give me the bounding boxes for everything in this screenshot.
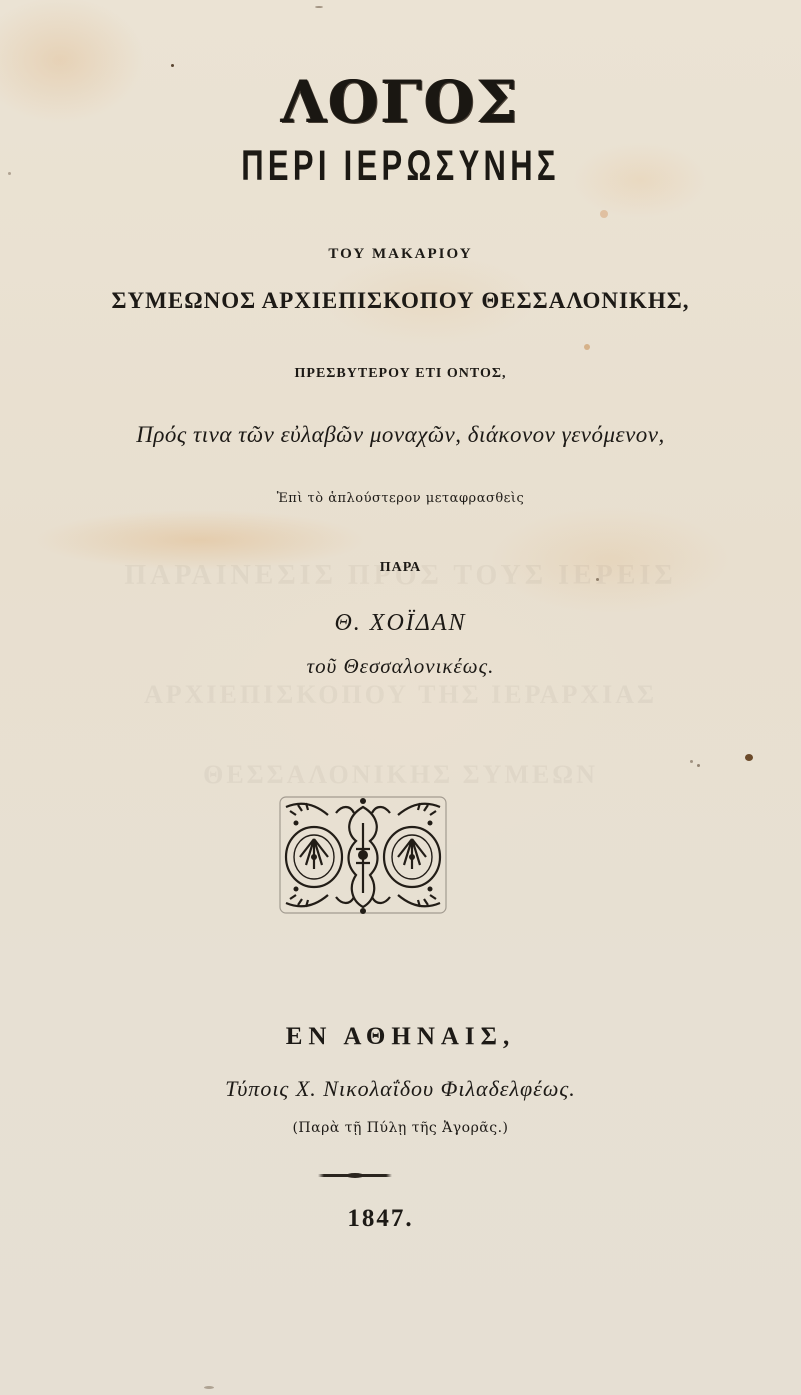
imprint-place: ΕΝ ΑΘΗΝΑΙΣ, <box>0 1023 801 1051</box>
subtitle-status: ΠΡΕΣΒΥΤΕΡΟΥ ΕΤΙ ΟΝΤΟΣ, <box>0 366 801 382</box>
show-through-text: ΘΕΣΣΑΛΟΝΙΚΗΣ ΣΥΜΕΩΝ <box>0 760 801 790</box>
translator-origin: τοῦ Θεσσαλονικέως. <box>0 654 801 679</box>
paper-speck <box>600 210 608 218</box>
paper-speck <box>8 172 11 175</box>
imprint-printer: Τύποις Χ. Νικολαΐδου Φιλαδελφέως. <box>0 1076 801 1102</box>
show-through-text: ΑΡΧΙΕΠΙΣΚΟΠΟΥ ΤΗΣ ΙΕΡΑΡΧΙΑΣ <box>0 680 801 710</box>
paper-speck <box>315 6 323 8</box>
subtitle-author-name: ΣΥΜΕΩΝΟΣ ΑΡΧΙΕΠΙΣΚΟΠΟΥ ΘΕΣΣΑΛΟΝΙΚΗΣ, <box>0 288 801 314</box>
paper-speck <box>584 344 590 350</box>
imprint-year: 1847. <box>0 1205 781 1233</box>
ornate-title: ΛΟΓΟΣ <box>0 68 801 136</box>
paper-speck <box>204 1386 214 1389</box>
decorative-rule <box>318 1174 392 1177</box>
paper-speck <box>171 64 174 67</box>
paper-speck <box>745 754 753 761</box>
main-title: ΠΕΡΙ ΙΕΡΩΣΥΝΗΣ <box>112 142 689 191</box>
paper-speck <box>596 578 599 581</box>
paper-speck <box>697 764 700 767</box>
by-label: ΠΑΡΑ <box>0 560 801 576</box>
printer-ornament-icon <box>276 793 450 917</box>
subtitle-article: ΤΟΥ ΜΑΚΑΡΙΟΥ <box>0 246 801 263</box>
imprint-printer-address: (Παρὰ τῇ Πύλῃ τῆς Ἀγορᾶς.) <box>0 1120 801 1136</box>
translation-note: Ἐπὶ τὸ ἁπλούστερον μεταφρασθεὶς <box>0 491 801 506</box>
paper-speck <box>690 760 693 763</box>
addressee-line: Πρός τινα τῶν εὐλαβῶν μοναχῶν, διάκονον … <box>0 422 801 448</box>
translator-name: Θ. ΧΟΪΔΑΝ <box>0 610 801 637</box>
